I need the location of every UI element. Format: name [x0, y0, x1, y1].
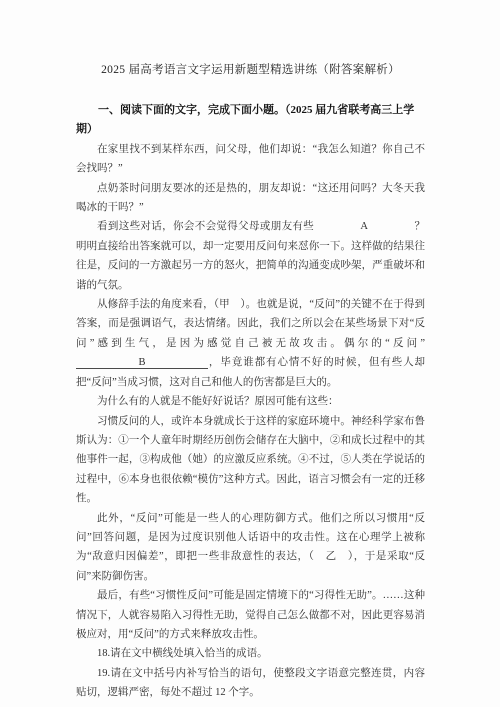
paragraph-text: 为什么有的人就是不能好好说话？原因可能有这些：: [97, 396, 339, 407]
passage-paragraph-1: 在家里找不到某样东西，问父母，他们却说：“我怎么知道？你自己不会找吗？”: [76, 140, 425, 179]
question-18: 18.请在文中横线处填入恰当的成语。: [76, 644, 425, 663]
passage-paragraph-6: 习惯反问的人，或许本身就成长于这样的家庭环境中。神经科学家布鲁斯认为：①一个人童…: [76, 412, 425, 509]
blank-a-label: A: [360, 221, 368, 232]
paragraph-text: 在家里找不到某样东西，问父母，他们却说：“我怎么知道？你自己不会找吗？”: [76, 144, 425, 174]
fill-in-blank-b: B: [76, 357, 208, 369]
section-heading: 一、阅读下面的文字，完成下面小题。（2025 届九省联考高三上学期）: [76, 101, 425, 140]
passage-paragraph-5: 为什么有的人就是不能好好说话？原因可能有这些：: [76, 392, 425, 411]
paragraph-text: 习惯反问的人，或许本身就成长于这样的家庭环境中。神经科学家布鲁斯认为：①一个人童…: [76, 416, 425, 505]
paragraph-text: 点奶茶时问朋友要冰的还是热的，朋友却说：“这还用问吗？大冬天我喝冰的干吗？”: [76, 183, 425, 213]
document-title: 2025 届高考语言文字运用新题型精选讲练（附答案解析）: [76, 62, 425, 78]
fill-in-blank-a: A: [314, 221, 414, 232]
paragraph-text: 最后，有些“习惯性反问”可能是固定情境下的“习得性无助”。……这种情况下，人就容…: [76, 590, 425, 640]
passage-paragraph-7: 此外，“反问”可能是一些人的心理防御方式。他们之所以习惯用“反问”回答问题，是因…: [76, 509, 425, 587]
passage-paragraph-8: 最后，有些“习惯性反问”可能是固定情境下的“习得性无助”。……这种情况下，人就容…: [76, 586, 425, 644]
question-text: 18.请在文中横线处填入恰当的成语。: [97, 648, 268, 659]
passage-paragraph-4: 从修辞手法的角度来看，（甲 ）。也就是说，“反问”的关键不在于得到答案，而是强调…: [76, 295, 425, 392]
question-19: 19.请在文中括号内补写恰当的语句，使整段文字语意完整连贯，内容贴切，逻辑严密，…: [76, 664, 425, 703]
paragraph-text: 看到这些对话，你会不会觉得父母或朋友有些: [97, 221, 314, 232]
document-page: 2025 届高考语言文字运用新题型精选讲练（附答案解析） 一、阅读下面的文字，完…: [0, 0, 500, 707]
paragraph-text: 此外，“反问”可能是一些人的心理防御方式。他们之所以习惯用“反问”回答问题，是因…: [76, 513, 425, 582]
paragraph-text: 从修辞手法的角度来看，（甲 ）。也就是说，“反问”的关键不在于得到答案，而是强调…: [76, 299, 425, 349]
blank-b-label: B: [138, 357, 145, 368]
passage-paragraph-3: 看到这些对话，你会不会觉得父母或朋友有些A？明明直接给出答案就可以，却一定要用反…: [76, 217, 425, 295]
question-text: 19.请在文中括号内补写恰当的语句，使整段文字语意完整连贯，内容贴切，逻辑严密，…: [76, 668, 425, 698]
passage-paragraph-2: 点奶茶时问朋友要冰的还是热的，朋友却说：“这还用问吗？大冬天我喝冰的干吗？”: [76, 179, 425, 218]
